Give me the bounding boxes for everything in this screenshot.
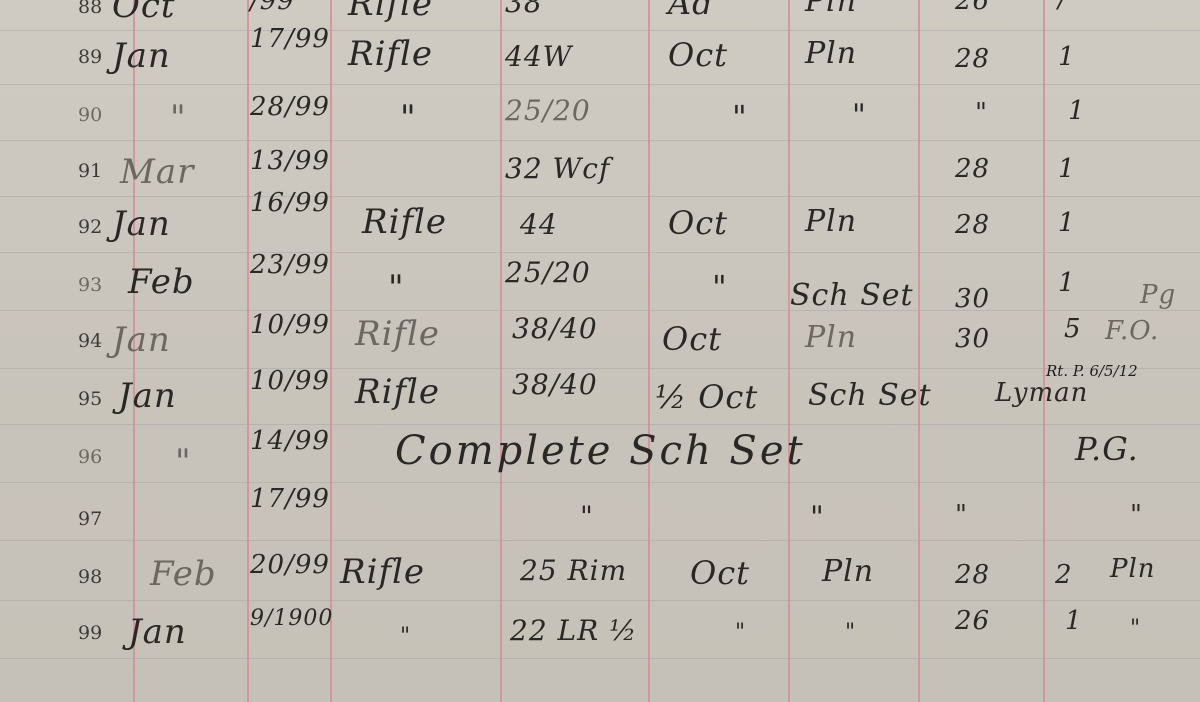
barrel: " xyxy=(735,620,746,645)
ledger-row: 96 " 14/99 Complete Sch Set P.G. xyxy=(0,428,1200,486)
barrel: Oct xyxy=(690,554,750,592)
caliber: 38/40 xyxy=(512,368,598,401)
note: Pln xyxy=(1110,554,1156,584)
row-number: 97 xyxy=(78,508,118,530)
quantity: 1 xyxy=(1058,42,1076,72)
month: Feb xyxy=(128,262,195,302)
length: 28 xyxy=(955,154,990,184)
month: Mar xyxy=(120,152,194,192)
day: 16/99 xyxy=(250,188,330,218)
sight: Pln xyxy=(822,554,874,589)
month: Jan xyxy=(128,612,187,652)
ledger-row: 94 Jan 10/99 Rifle 38/40 Oct Pln 30 5 F.… xyxy=(0,316,1200,374)
day: 17/99 xyxy=(250,24,330,54)
length: 26 xyxy=(955,0,990,16)
caliber: 22 LR ½ xyxy=(510,614,637,647)
caliber: 38/40 xyxy=(512,312,598,345)
day: 20/99 xyxy=(250,550,330,580)
length: 28 xyxy=(955,44,990,74)
sight: Sch Set xyxy=(790,278,914,313)
type: Rifle xyxy=(348,0,433,24)
length: Lyman xyxy=(995,378,1088,408)
quantity: 5 xyxy=(1064,314,1082,344)
type: Rifle xyxy=(362,202,447,242)
day: 9/1900 xyxy=(250,606,333,631)
caliber: 32 Wcf xyxy=(505,152,610,185)
note: F.O. xyxy=(1105,316,1159,346)
sight: Pln xyxy=(805,204,857,239)
ledger-row: 92 Jan 16/99 Rifle 44 Oct Pln 28 1 xyxy=(0,200,1200,258)
caliber: 25/20 xyxy=(505,94,591,127)
note: " xyxy=(1130,500,1143,530)
sight: Sch Set xyxy=(808,378,932,413)
ledger-row: 97 17/99 " " " " xyxy=(0,488,1200,546)
barrel: " xyxy=(732,98,748,136)
note: Pg xyxy=(1140,280,1176,310)
quantity: 1 xyxy=(1065,606,1083,636)
type: Rifle xyxy=(355,314,440,354)
ledger-row: 95 Jan 10/99 Rifle 38/40 ½ Oct Sch Set L… xyxy=(0,372,1200,430)
day: 10/99 xyxy=(250,366,330,396)
caliber: 44W xyxy=(505,40,572,73)
ledger-row: 99 Jan 9/1900 " 22 LR ½ " " 26 1 " xyxy=(0,604,1200,662)
note: " xyxy=(1130,616,1141,641)
length: " xyxy=(955,500,968,530)
quantity: 1 xyxy=(1068,96,1086,126)
type: Complete Sch Set xyxy=(395,428,806,474)
day: 28/99 xyxy=(250,92,330,122)
length: 30 xyxy=(955,284,990,314)
caliber: 25/20 xyxy=(505,256,591,289)
month: Feb xyxy=(150,554,217,594)
type: Rifle xyxy=(340,552,425,592)
type: " xyxy=(400,98,417,138)
row-number: 91 xyxy=(78,160,118,182)
type: Rifle xyxy=(355,372,440,412)
type: Rifle xyxy=(348,34,433,74)
caliber: " xyxy=(580,500,594,533)
sight: Pln xyxy=(805,320,857,355)
quantity: 2 xyxy=(1055,560,1073,590)
sight: Pln xyxy=(805,0,857,19)
ledger-row: 91 Mar 13/99 32 Wcf 28 1 xyxy=(0,146,1200,204)
month: " xyxy=(170,98,187,138)
month: Jan xyxy=(118,376,177,416)
quantity: 1 xyxy=(1058,154,1076,184)
sight: Pln xyxy=(805,36,857,71)
length: 28 xyxy=(955,560,990,590)
caliber: 25 Rim xyxy=(520,554,627,587)
barrel: Ad xyxy=(668,0,714,22)
day: 13/99 xyxy=(250,146,330,176)
quantity: / xyxy=(1058,0,1068,14)
quantity: 1 xyxy=(1058,208,1076,238)
month: Oct xyxy=(112,0,176,26)
ledger-row: 89 Jan 17/99 Rifle 44W Oct Pln 28 1 xyxy=(0,34,1200,92)
quantity: 1 xyxy=(1058,268,1076,298)
length: 26 xyxy=(955,606,990,636)
ledger-row: 88 Oct /99 Rifle 38 Ad Pln 26 / xyxy=(0,0,1200,36)
note: P.G. xyxy=(1075,430,1139,468)
month: Jan xyxy=(112,320,171,360)
row-number: 98 xyxy=(78,566,118,588)
month: Jan xyxy=(112,36,171,76)
day: 17/99 xyxy=(250,484,330,514)
length: 30 xyxy=(955,324,990,354)
type: " xyxy=(400,624,411,649)
sight: " xyxy=(810,500,825,535)
day: 23/99 xyxy=(250,250,330,280)
sight: " xyxy=(852,98,867,133)
length: " xyxy=(975,98,988,128)
barrel: Oct xyxy=(668,204,728,242)
row-number: 96 xyxy=(78,446,118,468)
type: " xyxy=(388,268,405,308)
day: 14/99 xyxy=(250,426,330,456)
note: Rt. P. 6/5/12 xyxy=(1046,362,1138,380)
barrel: Oct xyxy=(668,36,728,74)
row-number: 95 xyxy=(78,388,118,410)
month: Jan xyxy=(112,204,171,244)
barrel: " xyxy=(712,268,728,306)
row-number: 99 xyxy=(78,622,118,644)
ledger-row: 98 Feb 20/99 Rifle 25 Rim Oct Pln 28 2 P… xyxy=(0,546,1200,604)
barrel: ½ Oct xyxy=(655,378,758,416)
row-number: 90 xyxy=(78,104,118,126)
ledger-page: 88 Oct /99 Rifle 38 Ad Pln 26 / 89 Jan 1… xyxy=(0,0,1200,702)
month: " xyxy=(175,442,192,482)
caliber: 44 xyxy=(520,208,558,241)
barrel: Oct xyxy=(662,320,722,358)
ledger-row: 93 Feb 23/99 " 25/20 " Sch Set 30 1 Pg xyxy=(0,258,1200,316)
sight: " xyxy=(845,620,856,645)
row-number: 93 xyxy=(78,274,118,296)
ledger-row: 90 " 28/99 " 25/20 " " " 1 xyxy=(0,90,1200,148)
day: /99 xyxy=(250,0,295,16)
length: 28 xyxy=(955,210,990,240)
day: 10/99 xyxy=(250,310,330,340)
caliber: 38 xyxy=(505,0,543,19)
